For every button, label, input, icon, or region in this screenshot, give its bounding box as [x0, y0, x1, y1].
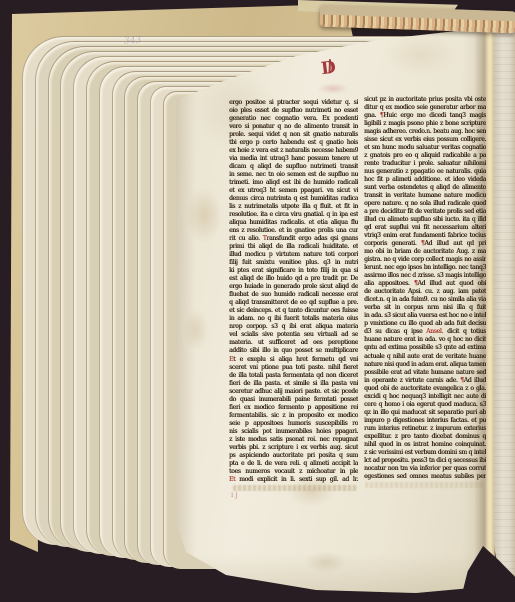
text-line: sunt verba ostendetes q aliqd de aliment…	[364, 184, 486, 192]
text-line: in seme. nec tn oio semen est de supfluo…	[229, 171, 358, 179]
text-line: et sic deinceps. et q tanto dicuntur oes…	[229, 307, 358, 315]
text-line: a pre deciditur fit de veritate prolis s…	[364, 208, 486, 216]
rubricated-initial: D	[320, 57, 344, 80]
text-line: sicut pz in auctoritate prius posita vbi…	[364, 96, 486, 104]
text-line: illud modicu p virtutem nature toti corp…	[229, 251, 358, 259]
text-line: ligibili z magis psono phie z bone scrip…	[364, 120, 486, 128]
text-line: qd erat supflui vni fit necessarium alte…	[364, 224, 486, 232]
text-line: nis scialis pot inumerabiles hoies ppaga…	[229, 428, 358, 436]
text-line: huane nature erat in ada. vo q hoc no di…	[364, 336, 486, 344]
text-line: materia. ut sufficeret ad oes pereptione	[229, 339, 358, 347]
text-line: ergo huiade in generado prole sicut aliq…	[229, 283, 358, 291]
text-line: tbi ergo p certo habendu est q gnatio ho…	[229, 139, 358, 147]
text-line: illud cu alimeto supfluo sibi iucto. ita…	[364, 216, 486, 224]
text-line: z iste modus satis psonat roi. nec repug…	[229, 436, 358, 444]
text-column-left: ergo positoe si ptracter sequi videtur q…	[229, 99, 358, 484]
text-line: qntu ad extima possibile s3 qnte ad exti…	[364, 344, 486, 352]
quire-signature: i j	[231, 491, 238, 499]
text-line: primi tbi aliqd de illa radicali huidita…	[229, 243, 358, 251]
text-line: generatio nec cognatio vera. Ex pcedenti	[229, 115, 358, 123]
text-line: z gnatois pro eo q aliquid radicabile a …	[364, 152, 486, 160]
text-line: verbis pbi. z scripture i ex verbis aug.…	[229, 444, 358, 452]
text-line: impuro p digestiones interius factas. et…	[364, 417, 486, 425]
text-line: rit cu alio. Transfundit ergo adas qsi g…	[229, 235, 358, 243]
text-line: fieri de illa pasta. et simile si illa p…	[229, 380, 358, 388]
text-line: sceretur adhuc alij maiori paste. et sic…	[229, 388, 358, 396]
text-line: ergo positoe si ptracter sequi videtur q…	[229, 99, 358, 107]
text-line: do quasi inumerabili paine fermtati poss…	[229, 396, 358, 404]
text-line: nrop corpop. s3 q ibi erat aliqua materi…	[229, 323, 358, 331]
text-line: expellitur. z pro tanto dicebat dominus …	[364, 433, 486, 441]
text-line: toes numeros vocauit z michoatur in ple	[229, 468, 358, 476]
text-line: actuale q nihil aute erat de veritate hu…	[364, 353, 486, 361]
text-line: fluebat de suo humido radicali necesse e…	[229, 291, 358, 299]
text-line: gna. ¶Huic ergo mo dicedi tanq3 magis in…	[364, 112, 486, 120]
text-line: assirmo illos nec d zrisse. s3 magis int…	[364, 272, 486, 280]
text-line: lerunt. nec ego ipsos bn intelligo. nec …	[364, 264, 486, 272]
text-line: in ada. s3 sicut alia vuersa est hoc no …	[364, 312, 486, 320]
text-line: in adam. no q ibi fuerit totalis materia…	[229, 315, 358, 323]
text-line: q aliqd transmitteret de eo qd supflue a…	[229, 299, 358, 307]
text-line: Et modi explicit in li. sexti sup gil. a…	[229, 476, 358, 484]
text-line: hoc fit p alimeti additione. et ideo vid…	[364, 176, 486, 184]
text-line: nature nisi quod in adam erat. aliqua ta…	[364, 361, 486, 369]
text-line: seie p appositoes humoris suscepibilis r…	[229, 420, 358, 428]
text-line: transit in veritate humane nature modicu	[364, 192, 486, 200]
text-line: d3 su dicas q ipse Ansel. dicit q totius	[364, 328, 486, 336]
text-line: p vmixtione cu illo quod ab ada fuit dec…	[364, 320, 486, 328]
rubric-showthrough	[316, 82, 350, 95]
text-line: vtriq3 enim erat fundamenti fabrice toci…	[364, 232, 486, 240]
text-line: sceret vni ptione pua toti paste. nihil …	[229, 364, 358, 372]
text-line: z sic verissimi est verbum domini sm q i…	[364, 449, 486, 457]
text-line: in operante z virtute carnis ade. ¶Ad il…	[364, 377, 486, 385]
text-line: egestiones sed omnes meatus subiles per	[364, 473, 486, 481]
text-line: excidi q hoc nequaq3 intelligit nec aute…	[364, 393, 486, 401]
text-line: ps aspiciendo auctoritate pri posita q s…	[229, 452, 358, 460]
text-line: nocatur non tm via inferior per quas cor…	[364, 465, 486, 473]
text-line: fermentabilis. sic z in proposito ex mod…	[229, 412, 358, 420]
text-line: verba sit in corpus nrm nisi illa q fuit	[364, 304, 486, 312]
text-line: et ex utroq3 ht semen ppagari. vn sicut …	[229, 187, 358, 195]
text-line: de illa totali pasta fermentata qd non d…	[229, 372, 358, 380]
text-line: nus generatio z ppagatio ee naturalis. q…	[364, 168, 486, 176]
text-line: ex hoie z vera est z naturalis necesse h…	[229, 147, 358, 155]
text-line: opere nature. q no sola illud radicale q…	[364, 200, 486, 208]
text-line: rum interius retinetur. z impurum exteri…	[364, 425, 486, 433]
text-line: resolutioe. ita e circa viru gnatial. q …	[229, 211, 358, 219]
text-line: mo obi in briam de auctoritate Aug. z ma	[364, 248, 486, 256]
text-line: pta e de li. de vera reli. q alimeti acc…	[229, 460, 358, 468]
text-line: cere q homo i oia egerut quod maduca. s3	[364, 401, 486, 409]
text-line: rente traducitur i prole. saluatur nihil…	[364, 160, 486, 168]
text-line: corporis generati. ¶Ad illud aut qd pri	[364, 240, 486, 248]
text-line: addito sibi illo in quo posset se multip…	[229, 347, 358, 355]
text-line: vero si ponatur q no de alimento transit…	[229, 123, 358, 131]
text-line: aliqua humiditas radicalis. et etia aliq…	[229, 219, 358, 227]
text-line: fieri ex modico fermento p appositione r…	[229, 404, 358, 412]
text-line: via media int utraq3 hanc possum tenere …	[229, 155, 358, 163]
text-line: de auctoritate Apsi. cu. z aug. iam pate…	[364, 288, 486, 296]
text-line: ditur q ex modico seie generatur arbor m…	[364, 104, 486, 112]
text-line: oio ples esset de supfluo nutrimeti no e…	[229, 107, 358, 115]
facing-page-texture	[494, 22, 515, 582]
text-line: ens z resolutioe. et in gnatioe prolis u…	[229, 227, 358, 235]
ink-showthrough	[365, 482, 483, 488]
text-line: trimeti. imo aliqd est ibi de humido rad…	[229, 179, 358, 187]
text-line: prole. sequi videt q non sit gnatio natu…	[229, 131, 358, 139]
ink-showthrough	[233, 485, 357, 491]
book-photo: 343 D ergo positoe si ptracter sequi vid…	[0, 0, 515, 602]
text-line: quod obi de auctoritate evangelica z o g…	[364, 385, 486, 393]
text-line: filij fuit smixtu venitioe plus. q3 in n…	[229, 259, 358, 267]
facing-page-edge	[494, 22, 515, 582]
text-line: ki ptes erat significare in toto filij i…	[229, 267, 358, 275]
text-line: Et e exeplu si aliqa hret fermetu qd vni	[229, 356, 358, 364]
text-column-right: sicut pz in auctoritate prius posita vbi…	[364, 96, 486, 481]
text-line: lct ad propositu. poss3 tn dici q secess…	[364, 457, 486, 465]
text-line: est aliqd de illo huido qd a pre tradit …	[229, 275, 358, 283]
text-line: lis z nutrimetalis utpote illa q fluit. …	[229, 203, 358, 211]
text-line: alia appositoes. ¶Ad illud aut quod obi	[364, 280, 486, 288]
text-line: possibile erat ad vitate humane nature s…	[364, 369, 486, 377]
text-line: magis adhereo. credo.n. beatu aug. hoc s…	[364, 128, 486, 136]
text-line: dicet.n. q in ada fuim9. cu no simila al…	[364, 296, 486, 304]
text-line: qz in illo qui maducat sit separatio pur…	[364, 409, 486, 417]
text-line: dicam q aliqd de supfluo nutrimeti trans…	[229, 163, 358, 171]
text-line: sisse sicut ex verbis eius possum collig…	[364, 136, 486, 144]
text-line: gistra. no q vide corp collect magis no …	[364, 256, 486, 264]
text-line: vel scialis sive potentia seu virtuali a…	[229, 331, 358, 339]
folio-annotation: 343	[124, 35, 142, 46]
text-line: nihil quod in os intrat homine coinquina…	[364, 441, 486, 449]
text-line: et sm hunc modu saluatur veritas cognati…	[364, 144, 486, 152]
text-line: demus circa nutrimta q est humiditas rad…	[229, 195, 358, 203]
